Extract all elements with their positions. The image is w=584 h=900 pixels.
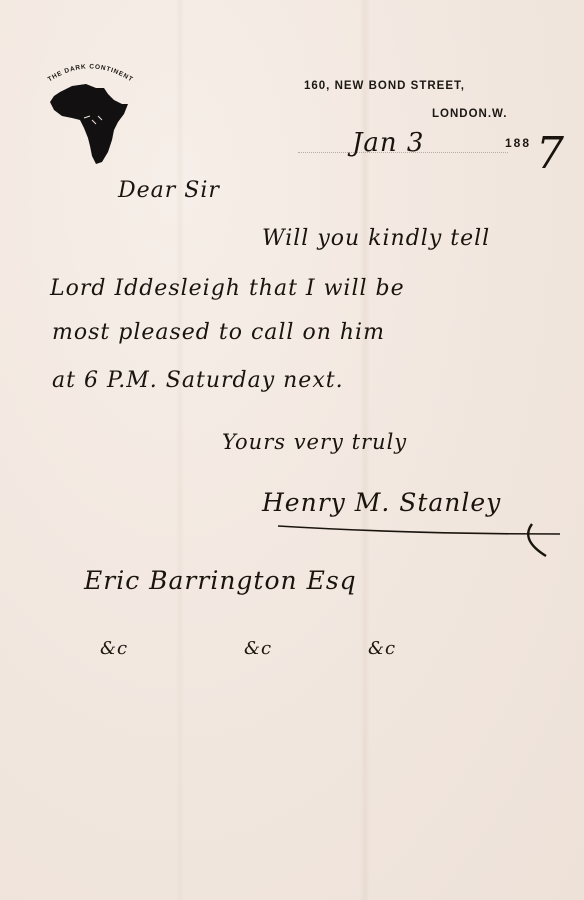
date-handwritten: Jan 3 xyxy=(352,128,424,158)
body-line: Lord Iddesleigh that I will be xyxy=(50,276,405,301)
salutation: Dear Sir xyxy=(118,178,220,203)
etc-mark: &c xyxy=(368,638,396,659)
body-line: most pleased to call on him xyxy=(52,320,385,345)
letterhead-address-street: 160, NEW BOND STREET, xyxy=(304,80,465,92)
body-line: at 6 P.M. Saturday next. xyxy=(52,368,344,393)
signature: Henry M. Stanley xyxy=(262,488,501,517)
letterhead-address-city: LONDON.W. xyxy=(432,108,507,120)
africa-map-icon xyxy=(38,58,138,168)
etc-mark: &c xyxy=(244,638,272,659)
signature-underline-flourish xyxy=(270,520,570,560)
letterhead-logo: THE DARK CONTINENT xyxy=(38,58,138,168)
closing: Yours very truly xyxy=(222,430,407,454)
date-year-digit: 7 xyxy=(536,128,565,179)
addressee: Eric Barrington Esq xyxy=(84,566,357,595)
date-year-printed: 188 xyxy=(505,136,531,150)
body-line: Will you kindly tell xyxy=(262,226,490,251)
etc-mark: &c xyxy=(100,638,128,659)
